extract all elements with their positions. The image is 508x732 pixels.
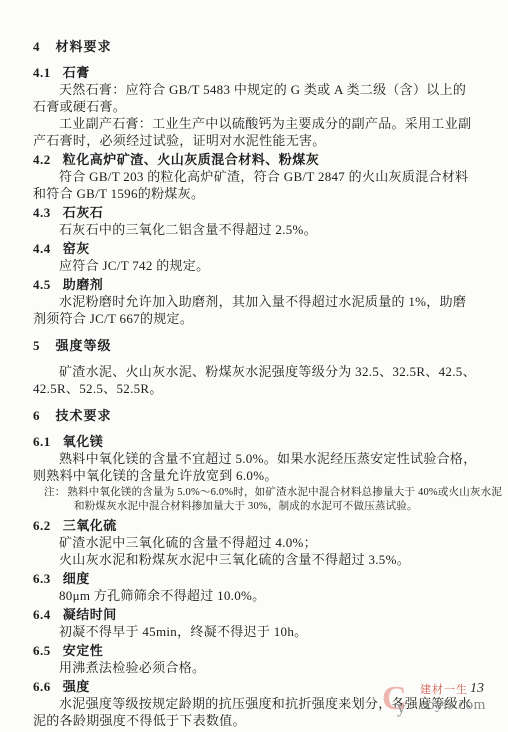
heading-number: 6.6	[33, 679, 51, 694]
watermark-y-icon: y	[397, 699, 406, 716]
watermark: C y 建材一生 coyis.com 13	[382, 684, 494, 724]
heading-number: 4.4	[33, 241, 51, 256]
clause-heading: 6.4凝结时间	[33, 606, 478, 623]
chapter-heading: 6技术要求	[33, 407, 478, 424]
paragraph-text: 熟料中氧化镁的含量不宜超过 5.0%。如果水泥经压蒸安定性试验合格，则熟料中氧化…	[33, 451, 477, 483]
watermark-logo: C y	[382, 686, 416, 720]
heading-title: 石灰石	[63, 205, 104, 220]
clause-heading: 4.3石灰石	[33, 204, 478, 221]
clause-heading: 6.3细度	[33, 570, 478, 587]
paragraph-text: 符合 GB/T 203 的粒化高炉矿渣，符合 GB/T 2847 的火山灰质混合…	[33, 169, 468, 201]
heading-number: 4.5	[33, 277, 51, 292]
paragraph: 80μm 方孔筛筛余不得超过 10.0%。	[33, 587, 478, 604]
clause-heading: 4.4窑灰	[33, 240, 478, 257]
watermark-text: 建材一生 coyis.com 13	[420, 684, 486, 714]
document-page: 4材料要求4.1石膏天然石膏：应符合 GB/T 5483 中规定的 G 类或 A…	[0, 0, 508, 732]
paragraph: 矿渣水泥、火山灰水泥、粉煤灰水泥强度等级分为 32.5、32.5R、42.5、4…	[33, 363, 478, 397]
paragraph: 水泥粉磨时允许加入助磨剂，其加入量不得超过水泥质量的 1%，助磨剂须符合 JC/…	[33, 293, 478, 327]
watermark-site: coyis.com	[420, 697, 486, 714]
paragraph-text: 水泥粉磨时允许加入助磨剂，其加入量不得超过水泥质量的 1%，助磨剂须符合 JC/…	[33, 294, 466, 326]
paragraph-text: 矿渣水泥中三氧化硫的含量不得超过 4.0%；	[59, 535, 317, 550]
heading-title: 安定性	[63, 643, 104, 658]
heading-title: 三氧化硫	[63, 518, 117, 533]
paragraph: 符合 GB/T 203 的粒化高炉矿渣，符合 GB/T 2847 的火山灰质混合…	[33, 168, 478, 202]
heading-title: 粒化高炉矿渣、火山灰质混合材料、粉煤灰	[63, 152, 320, 167]
paragraph-text: 初凝不得早于 45min，终凝不得迟于 10h。	[59, 624, 307, 639]
clause-heading: 4.2粒化高炉矿渣、火山灰质混合材料、粉煤灰	[33, 151, 478, 168]
paragraph: 工业副产石膏：工业生产中以硫酸钙为主要成分的副产品。采用工业副产石膏时，必须经过…	[33, 115, 478, 149]
paragraph-text: 用沸煮法检验必须合格。	[59, 660, 205, 675]
heading-number: 4.1	[33, 65, 51, 80]
paragraph-text: 火山灰水泥和粉煤灰水泥中三氧化硫的含量不得超过 3.5%。	[59, 552, 410, 567]
paragraph-text: 应符合 JC/T 742 的规定。	[59, 258, 209, 273]
heading-title: 技术要求	[56, 408, 112, 423]
heading-title: 强度	[63, 679, 90, 694]
clause-heading: 6.5安定性	[33, 642, 478, 659]
paragraph: 熟料中氧化镁的含量不宜超过 5.0%。如果水泥经压蒸安定性试验合格，则熟料中氧化…	[33, 450, 478, 484]
heading-title: 凝结时间	[63, 607, 117, 622]
heading-number: 5	[33, 338, 41, 353]
paragraph-text: 石灰石中的三氧化二铝含量不得超过 2.5%。	[59, 222, 317, 237]
paragraph: 天然石膏：应符合 GB/T 5483 中规定的 G 类或 A 类二级（含）以上的…	[33, 81, 478, 115]
paragraph: 石灰石中的三氧化二铝含量不得超过 2.5%。	[33, 221, 478, 238]
heading-number: 6.4	[33, 607, 51, 622]
heading-number: 6.1	[33, 434, 51, 449]
note: 注：熟料中氧化镁的含量为 5.0%～6.0%时，如矿渣水泥中混合材料总掺量大于 …	[44, 486, 508, 514]
document-body: 4材料要求4.1石膏天然石膏：应符合 GB/T 5483 中规定的 G 类或 A…	[33, 28, 478, 729]
clause-heading: 6.1氧化镁	[33, 433, 478, 450]
clause-heading: 4.1石膏	[33, 64, 478, 81]
chapter-heading: 5强度等级	[33, 337, 478, 354]
paragraph-text: 矿渣水泥、火山灰水泥、粉煤灰水泥强度等级分为 32.5、32.5R、42.5、4…	[33, 364, 476, 396]
clause-heading: 4.5助磨剂	[33, 276, 478, 293]
note-label: 注：	[44, 487, 65, 498]
heading-title: 窑灰	[63, 241, 90, 256]
paragraph: 矿渣水泥中三氧化硫的含量不得超过 4.0%；	[33, 534, 478, 551]
heading-number: 4	[33, 39, 41, 54]
paragraph-text: 工业副产石膏：工业生产中以硫酸钙为主要成分的副产品。采用工业副产石膏时，必须经过…	[33, 116, 471, 148]
paragraph: 初凝不得早于 45min，终凝不得迟于 10h。	[33, 623, 478, 640]
paragraph: 火山灰水泥和粉煤灰水泥中三氧化硫的含量不得超过 3.5%。	[33, 551, 478, 568]
note-text: 熟料中氧化镁的含量为 5.0%～6.0%时，如矿渣水泥中混合材料总掺量大于 40…	[67, 487, 502, 512]
clause-heading: 6.2三氧化硫	[33, 517, 478, 534]
chapter-heading: 4材料要求	[33, 38, 478, 55]
paragraph: 应符合 JC/T 742 的规定。	[33, 257, 478, 274]
heading-title: 氧化镁	[63, 434, 104, 449]
heading-title: 助磨剂	[63, 277, 104, 292]
heading-title: 细度	[63, 571, 90, 586]
paragraph-text: 天然石膏：应符合 GB/T 5483 中规定的 G 类或 A 类二级（含）以上的…	[33, 82, 466, 114]
heading-number: 4.3	[33, 205, 51, 220]
heading-number: 6	[33, 408, 41, 423]
heading-number: 6.5	[33, 643, 51, 658]
heading-number: 6.2	[33, 518, 51, 533]
heading-number: 4.2	[33, 152, 51, 167]
heading-title: 强度等级	[56, 338, 112, 353]
paragraph-text: 80μm 方孔筛筛余不得超过 10.0%。	[59, 588, 265, 603]
heading-title: 材料要求	[56, 39, 112, 54]
heading-title: 石膏	[63, 65, 90, 80]
paragraph: 用沸煮法检验必须合格。	[33, 659, 478, 676]
page-number: 13	[470, 681, 484, 697]
heading-number: 6.3	[33, 571, 51, 586]
